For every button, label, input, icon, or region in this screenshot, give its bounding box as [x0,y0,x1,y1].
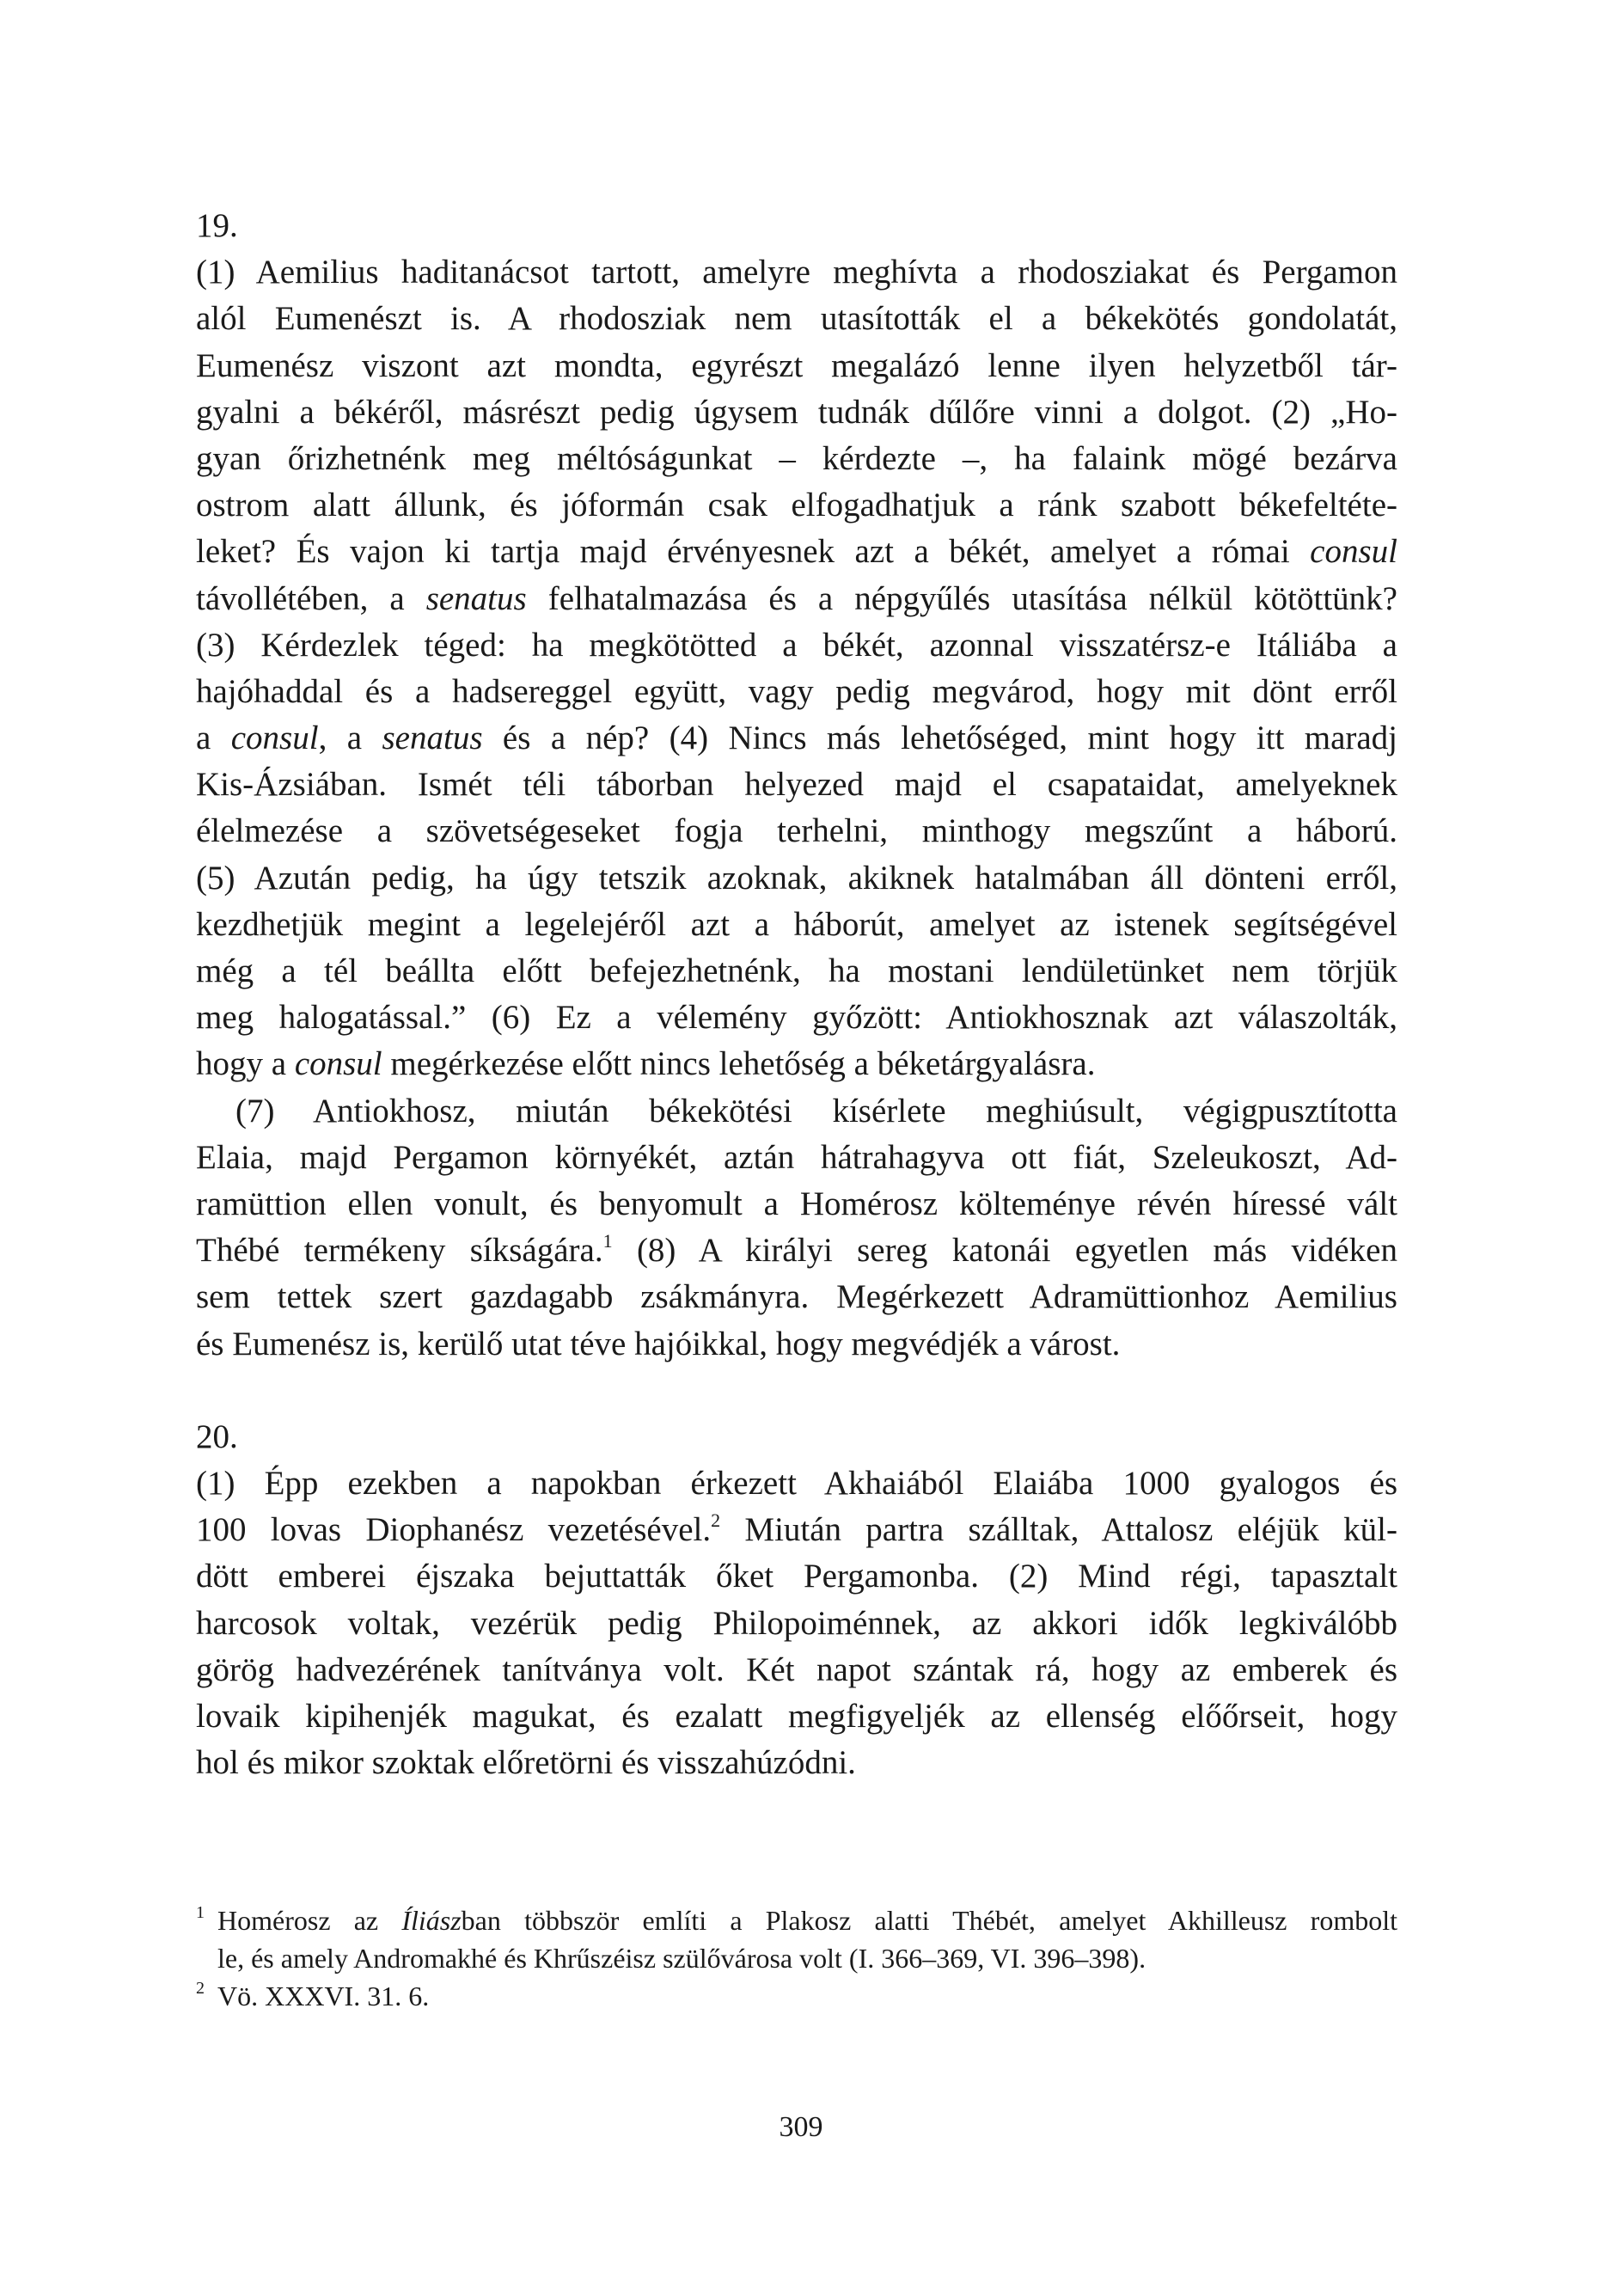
text-line: (1) Épp ezekben a napokban érkezett Akha… [196,1460,1397,1507]
section-19: 19. (1) Aemilius haditanácsot tartott, a… [196,203,1397,1368]
text-line: le, és amely Andromakhé és Khrűszéisz sz… [217,1939,1397,1977]
text-line: még a tél beállta előtt befejezhetnénk, … [196,948,1397,995]
italic-term: consul [231,719,319,756]
section-number: 19. [196,203,1397,249]
text-line: Elaia, majd Pergamon környékét, aztán há… [196,1135,1397,1181]
italic-term: consul [295,1045,382,1082]
footnote-lines: Vö. XXXVI. 31. 6. [217,1977,1397,2015]
main-text: 19. (1) Aemilius haditanácsot tartott, a… [196,203,1397,1786]
text-segment: és a nép? (4) Nincs más lehetőséged, min… [483,719,1398,756]
text-line: leket? És vajon ki tartja majd érvényesn… [196,529,1397,575]
footnote-mark: 1 [196,1900,205,1926]
text-line: Homérosz az Íliászban többször említi a … [217,1901,1397,1939]
text-line: távollétében, a senatus felhatalmazása é… [196,576,1397,622]
text-segment: még a tél beállta előtt befejezhetnénk, … [196,952,1397,989]
book-page: 19. (1) Aemilius haditanácsot tartott, a… [0,0,1602,2296]
italic-term: senatus [382,719,483,756]
text-line: hajóhaddal és a hadsereggel együtt, vagy… [196,669,1397,715]
text-segment: megérkezése előtt nincs lehetőség a béke… [382,1045,1096,1082]
text-segment: gyan őrizhetnénk meg méltóságunkat – kér… [196,440,1397,477]
text-line: ramüttion ellen vonult, és benyomult a H… [196,1181,1397,1228]
text-segment: le, és amely Andromakhé és Khrűszéisz sz… [217,1943,1146,1974]
text-segment: kezdhetjük megint a legelejéről azt a há… [196,906,1397,943]
text-segment: gyalni a békéről, másrészt pedig úgysem … [196,394,1397,431]
text-line: görög hadvezérének tanítványa volt. Két … [196,1647,1397,1693]
footnote-lines: Homérosz az Íliászban többször említi a … [217,1901,1397,1977]
section-lines: (1) Épp ezekben a napokban érkezett Akha… [196,1460,1397,1786]
footnote-reference: 1 [603,1230,613,1252]
footnote-mark: 2 [196,1975,205,2001]
text-segment: alól Eumenészt is. A rhodosziak nem utas… [196,300,1397,337]
text-line: a consul, a senatus és a nép? (4) Nincs … [196,715,1397,762]
text-segment: 100 lovas Diophanész vezetésével. [196,1511,711,1548]
text-line: (1) Aemilius haditanácsot tartott, amely… [196,249,1397,296]
text-line: 100 lovas Diophanész vezetésével.2 Miutá… [196,1507,1397,1553]
text-segment: sem tettek szert gazdagabb zsákmányra. M… [196,1278,1397,1315]
text-segment: (1) Épp ezekben a napokban érkezett Akha… [196,1465,1397,1502]
text-segment: (7) Antiokhosz, miután békekötési kísérl… [235,1093,1397,1130]
text-segment: élelmezése a szövetségeseket fogja terhe… [196,812,1397,849]
italic-term: consul [1310,533,1397,570]
text-line: (3) Kérdezlek téged: ha megkötötted a bé… [196,622,1397,669]
text-segment: meg halogatással.” (6) Ez a vélemény győ… [196,999,1397,1036]
text-line: kezdhetjük megint a legelejéről azt a há… [196,902,1397,948]
text-line: Thébé termékeny síkságára.1 (8) A király… [196,1228,1397,1274]
text-line: gyalni a békéről, másrészt pedig úgysem … [196,389,1397,436]
text-segment: , a [319,719,382,756]
text-segment: ramüttion ellen vonult, és benyomult a H… [196,1185,1397,1222]
page-number: 309 [0,2110,1602,2145]
text-segment: hol és mikor szoktak előretörni és vissz… [196,1744,856,1781]
text-segment: Miután partra szálltak, Attalosz eléjük … [720,1511,1397,1548]
text-segment: távollétében, a [196,580,426,617]
text-segment: görög hadvezérének tanítványa volt. Két … [196,1651,1397,1688]
section-gap [196,1368,1397,1414]
text-segment: hogy a [196,1045,295,1082]
section-number: 20. [196,1414,1397,1460]
text-segment: és Eumenész is, kerülő utat téve hajóikk… [196,1326,1120,1362]
text-line: Kis-Ázsiában. Ismét téli táborban helyez… [196,762,1397,808]
text-line: hol és mikor szoktak előretörni és vissz… [196,1740,1397,1786]
text-segment: (3) Kérdezlek téged: ha megkötötted a bé… [196,627,1397,664]
text-line: harcosok voltak, vezérük pedig Philopoim… [196,1601,1397,1647]
text-line: (5) Azután pedig, ha úgy tetszik azoknak… [196,855,1397,902]
text-line: (7) Antiokhosz, miután békekötési kísérl… [196,1088,1397,1135]
text-segment: a [196,719,231,756]
text-segment: lovaik kipihenjék magukat, és ezalatt me… [196,1698,1397,1735]
footnote-1: 1 Homérosz az Íliászban többször említi … [196,1901,1397,1977]
text-segment: harcosok voltak, vezérük pedig Philopoim… [196,1605,1397,1642]
text-line: hogy a consul megérkezése előtt nincs le… [196,1041,1397,1087]
text-line: ostrom alatt állunk, és jóformán csak el… [196,482,1397,529]
text-segment: dött emberei éjszaka bejuttatták őket Pe… [196,1558,1397,1595]
text-line: gyan őrizhetnénk meg méltóságunkat – kér… [196,436,1397,482]
text-segment: (1) Aemilius haditanácsot tartott, amely… [196,254,1397,291]
text-line: sem tettek szert gazdagabb zsákmányra. M… [196,1274,1397,1320]
text-segment: Eumenész viszont azt mondta, egyrészt me… [196,347,1397,384]
text-segment: (8) A királyi sereg katonái egyetlen más… [613,1232,1397,1269]
footnote-2: 2 Vö. XXXVI. 31. 6. [196,1977,1397,2015]
text-segment: hajóhaddal és a hadsereggel együtt, vagy… [196,673,1397,710]
text-segment: Homérosz az [217,1905,401,1936]
text-line: alól Eumenészt is. A rhodosziak nem utas… [196,296,1397,342]
text-line: meg halogatással.” (6) Ez a vélemény győ… [196,995,1397,1041]
italic-term: Íliász [401,1905,461,1936]
text-segment: Elaia, majd Pergamon környékét, aztán há… [196,1139,1397,1176]
text-line: Eumenész viszont azt mondta, egyrészt me… [196,343,1397,389]
text-line: lovaik kipihenjék magukat, és ezalatt me… [196,1693,1397,1740]
text-segment: leket? És vajon ki tartja majd érvényesn… [196,533,1310,570]
text-line: dött emberei éjszaka bejuttatták őket Pe… [196,1553,1397,1600]
text-line: és Eumenész is, kerülő utat téve hajóikk… [196,1321,1397,1368]
section-lines: (1) Aemilius haditanácsot tartott, amely… [196,249,1397,1368]
text-line: élelmezése a szövetségeseket fogja terhe… [196,808,1397,854]
text-segment: Kis-Ázsiában. Ismét téli táborban helyez… [196,766,1397,803]
italic-term: senatus [426,580,527,617]
text-segment: (5) Azután pedig, ha úgy tetszik azoknak… [196,860,1397,897]
footnotes: 1 Homérosz az Íliászban többször említi … [196,1901,1397,2015]
text-segment: ostrom alatt állunk, és jóformán csak el… [196,487,1397,523]
text-segment: ban többször említi a Plakosz alatti Thé… [462,1905,1397,1936]
text-segment: Vö. XXXVI. 31. 6. [217,1981,429,2011]
text-line: Vö. XXXVI. 31. 6. [217,1977,1397,2015]
footnote-reference: 2 [711,1509,720,1531]
section-20: 20. (1) Épp ezekben a napokban érkezett … [196,1414,1397,1787]
text-segment: felhatalmazása és a népgyűlés utasítása … [527,580,1397,617]
text-segment: Thébé termékeny síkságára. [196,1232,603,1269]
